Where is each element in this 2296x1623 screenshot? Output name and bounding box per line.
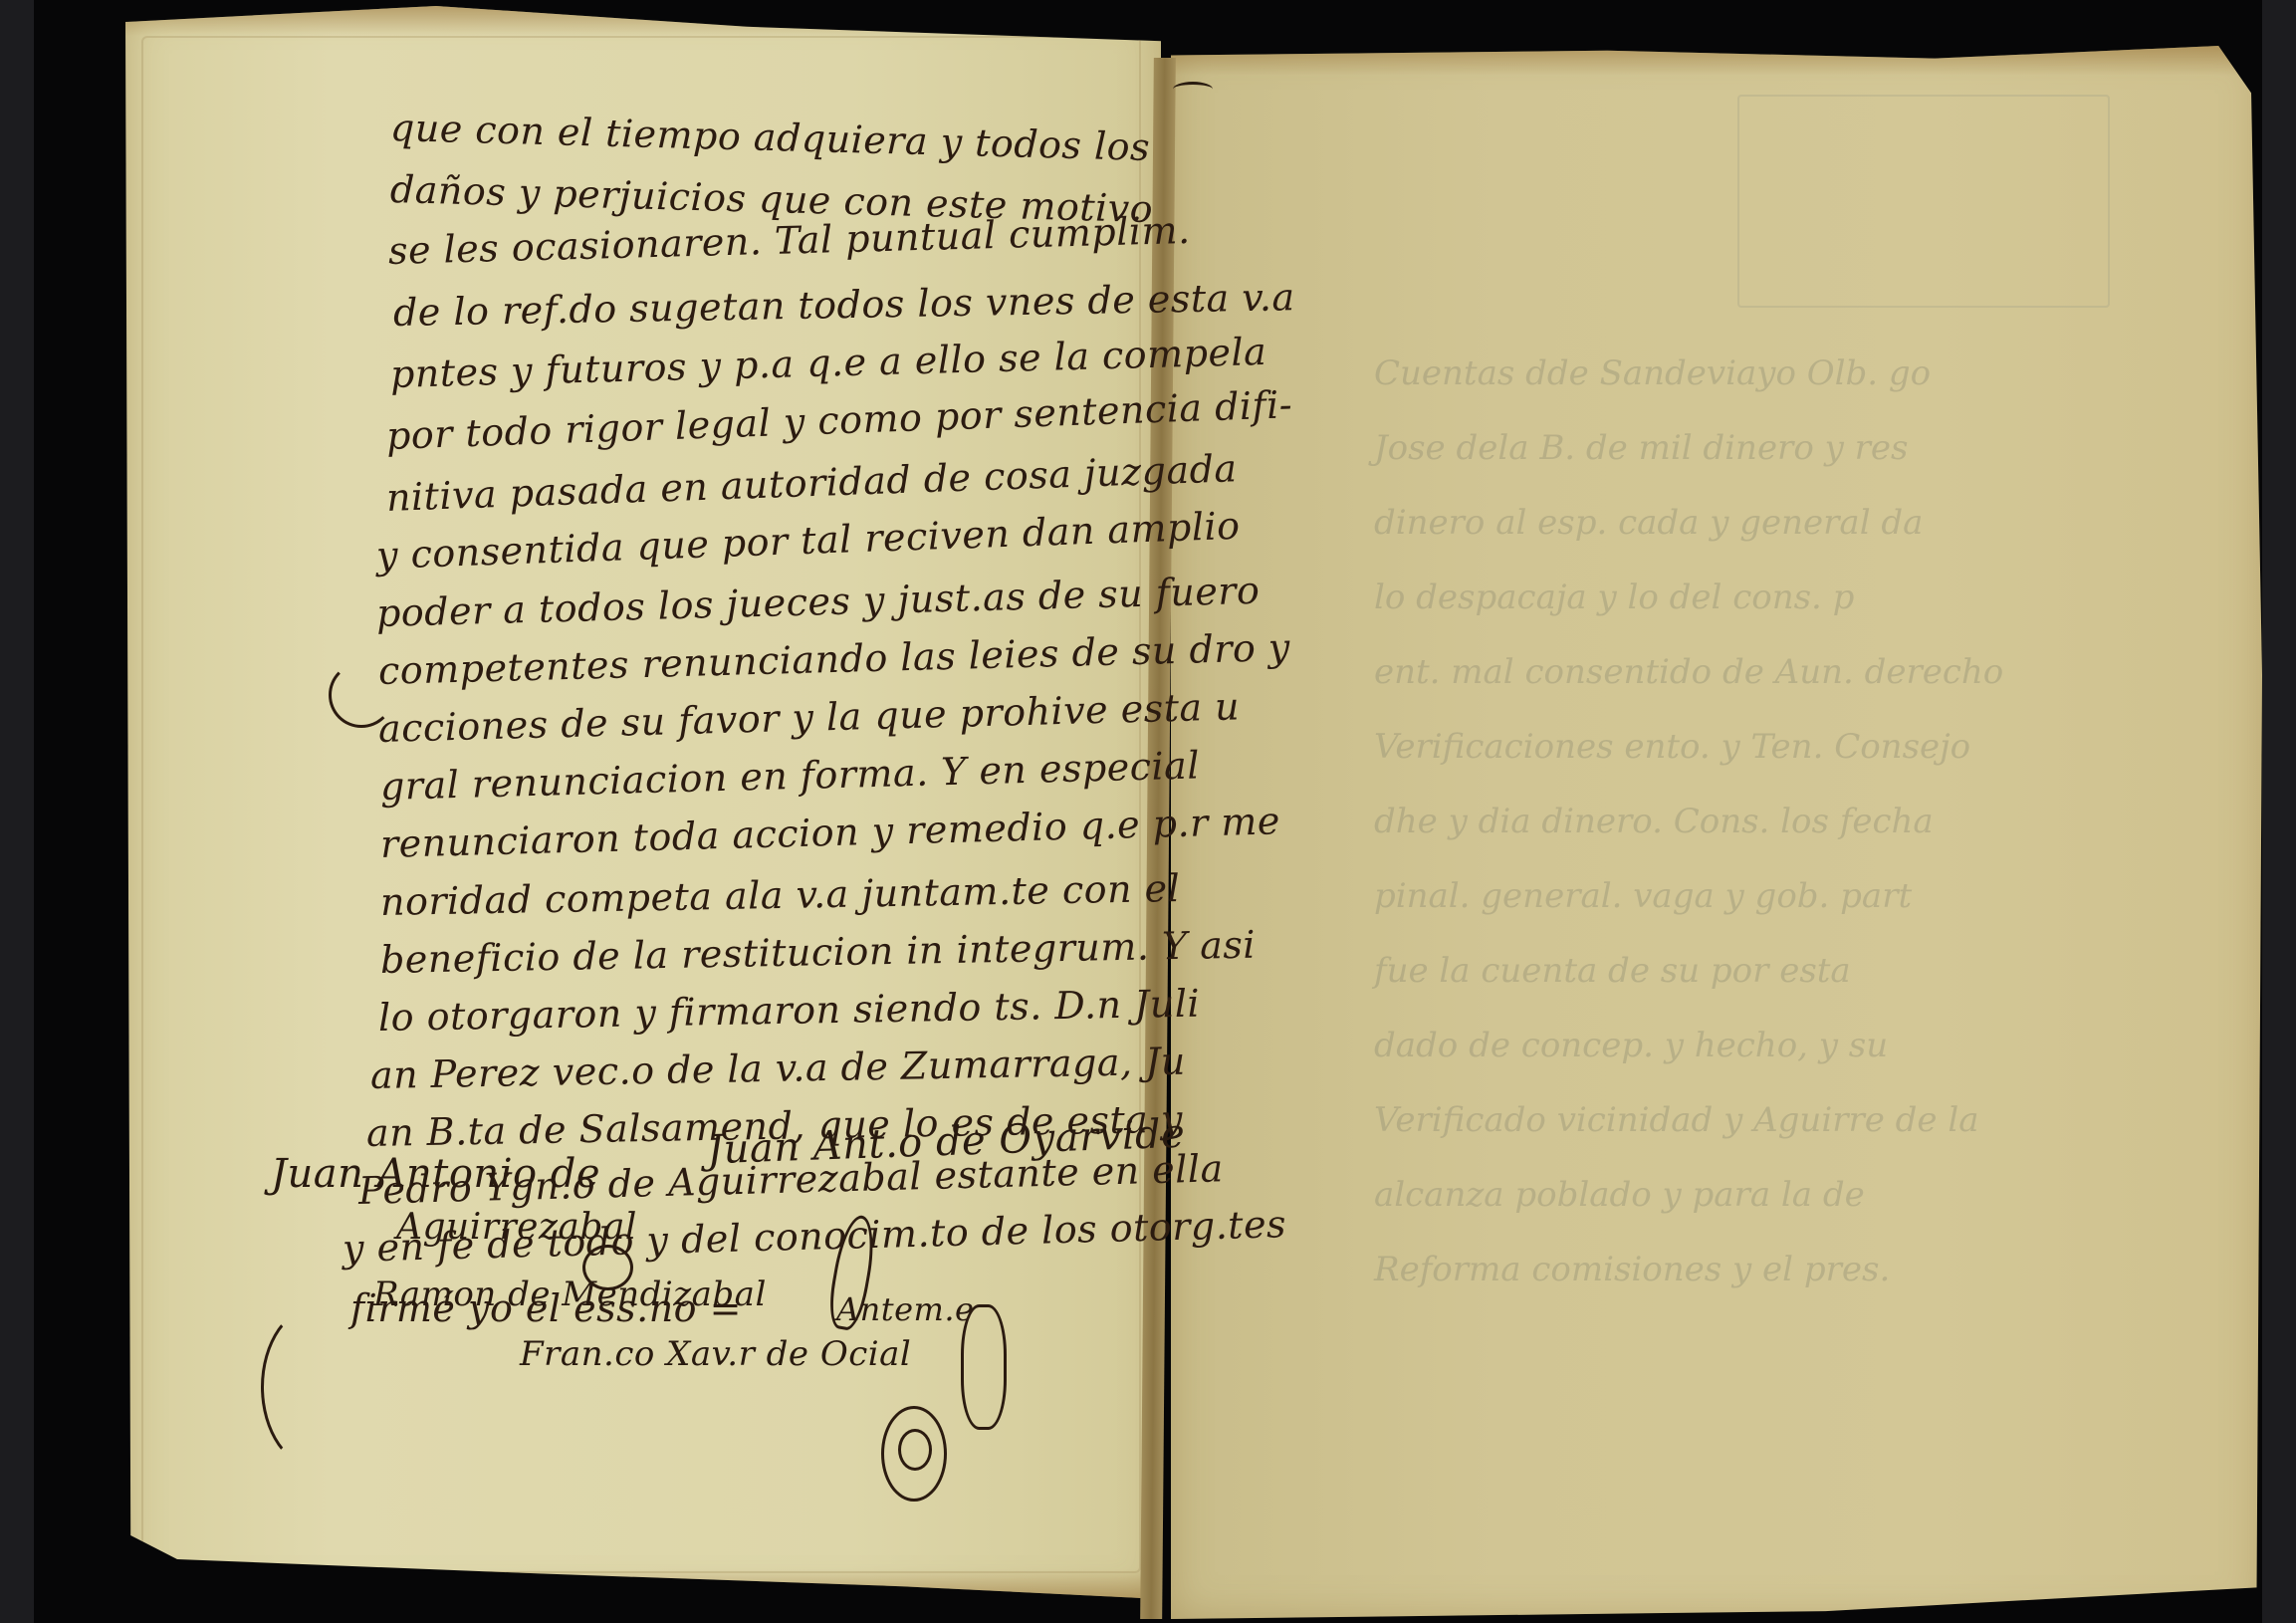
top-edge-stain bbox=[125, 6, 1161, 36]
bleed-through-line: alcanza poblado y para la de bbox=[1374, 1175, 1865, 1215]
bleed-through-line: Cuentas dde Sandeviayo Olb. go bbox=[1374, 353, 1931, 393]
margin-flourish bbox=[329, 662, 394, 728]
bleed-through-line: ent. mal consentido de Aun. derecho bbox=[1374, 652, 2003, 692]
manuscript-scan: Cuentas dde Sandeviayo Olb. go Jose dela… bbox=[0, 0, 2296, 1623]
bleed-through-line: lo despacaja y lo del cons. p bbox=[1374, 578, 1854, 617]
bleed-through-line: dhe y dia dinero. Cons. los fecha bbox=[1374, 802, 1934, 841]
signature-juan-antonio: Juan Antonio de bbox=[271, 1151, 600, 1197]
bleed-through-line: dado de concep. y hecho, y su bbox=[1374, 1026, 1888, 1065]
bleed-through-line: pinal. general. vaga y gob. part bbox=[1374, 876, 1912, 916]
scan-border-left bbox=[0, 0, 34, 1623]
signature-ramon-mendizabal: Ramon de Mendizabal bbox=[373, 1275, 767, 1314]
bleed-through-line: Verificado vicinidad y Aguirre de la bbox=[1374, 1100, 1978, 1140]
bleed-through-line: Jose dela B. de mil dinero y res bbox=[1374, 428, 1908, 468]
bleed-through-line: Reforma comisiones y el pres. bbox=[1374, 1250, 1890, 1289]
top-edge-stain bbox=[1171, 46, 2262, 76]
ink-mark bbox=[1173, 82, 1213, 97]
bottom-edge-stain bbox=[125, 1569, 1161, 1599]
scan-border-right bbox=[2262, 0, 2296, 1623]
bleed-through-line: fue la cuenta de su por esta bbox=[1374, 951, 1851, 991]
bleed-through-line: Verificaciones ento. y Ten. Consejo bbox=[1374, 727, 1970, 767]
notary-rubric-loop-inner bbox=[898, 1429, 932, 1471]
bleed-through-line: dinero al esp. cada y general da bbox=[1374, 503, 1923, 543]
notary-rubric bbox=[961, 1304, 1007, 1430]
signature-francisco-xavier: Fran.co Xav.r de Ocial bbox=[520, 1334, 911, 1374]
margin-flourish bbox=[261, 1304, 376, 1470]
faint-stamp-box bbox=[1737, 95, 2110, 308]
signature-aguirrezabal: Aguirrezabal bbox=[396, 1207, 637, 1248]
